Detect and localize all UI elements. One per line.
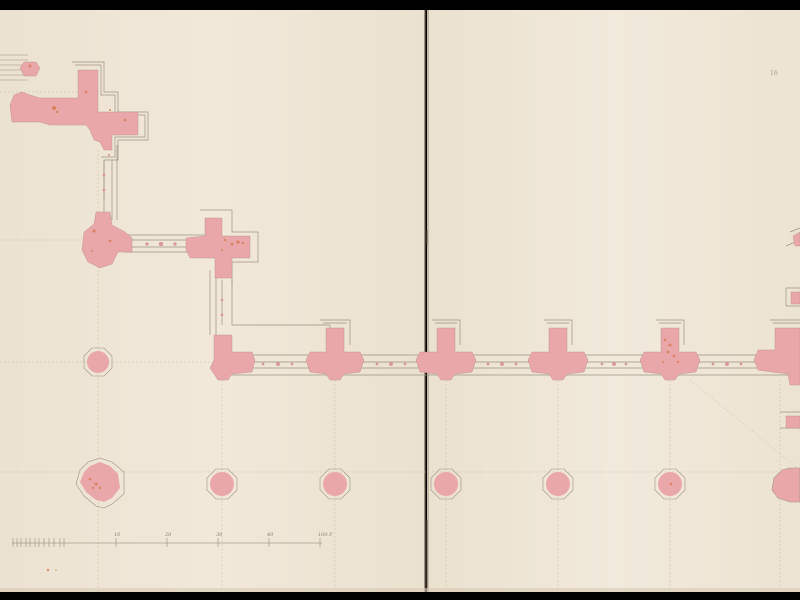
column-row2-4 (431, 469, 461, 499)
east-fragment-2 (791, 292, 800, 304)
column-row2-2 (207, 469, 237, 499)
right-page (427, 10, 800, 592)
svg-text:40: 40 (266, 532, 274, 538)
column-row2-3 (320, 469, 350, 499)
column-row2-5 (543, 469, 573, 499)
northwest-tower (20, 62, 40, 76)
architectural-drawing-sheet: 10 20 30 40 100 F 16 (0, 0, 800, 600)
page-number: 16 (770, 70, 778, 77)
svg-text:10: 10 (114, 532, 121, 538)
svg-text:100 F: 100 F (318, 532, 333, 538)
svg-text:20: 20 (164, 532, 172, 538)
column-row1-1 (84, 348, 112, 376)
east-fragment-3 (786, 416, 800, 428)
svg-text:30: 30 (216, 532, 223, 538)
paper-edge (0, 588, 800, 592)
left-page (0, 10, 425, 592)
